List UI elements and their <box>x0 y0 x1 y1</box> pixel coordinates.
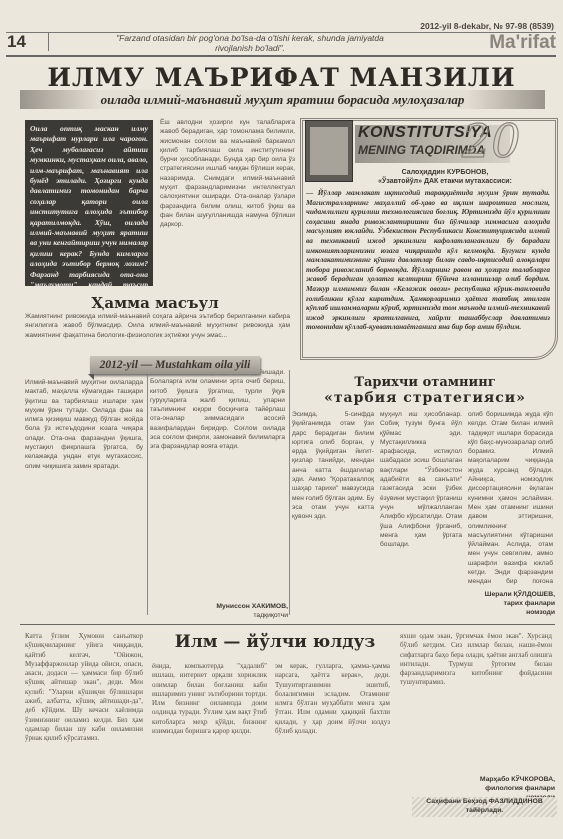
header-motto: "Farzand otasidan bir pog'ona bo'lsa-da … <box>100 33 400 53</box>
year-banner: 2012-yil — Mustahkam oila yili <box>90 356 260 374</box>
banner-fold <box>88 374 94 380</box>
tarixchi-column-3: олиб боришимда жуда кўп келди. Отам била… <box>468 410 553 585</box>
tarixchi-heading: Тарихчи отамнинг <box>290 375 560 390</box>
article-column-text-mid: ривожланиш бўлади", дейишади. Болаларга … <box>150 368 285 613</box>
column-divider <box>147 370 148 615</box>
author-role-2: номзоди <box>526 609 555 616</box>
column-divider <box>289 370 290 615</box>
tarixchi-column-1: Эсимда, 5-синфда ўқийганимда отам ўзи да… <box>292 410 374 610</box>
article-column-text-left: Илмий-маънавий муҳитни оилаларда мактаб,… <box>25 378 143 600</box>
author-name: Шерали ҚЎЛДОШЕВ, <box>485 591 555 598</box>
ilm-column-2: ёнида, компьютерда "ҳадалиб" ишлаш, инте… <box>152 662 267 832</box>
author-role: тарих фанлари <box>504 600 555 607</box>
konstitutsiya-text: — Йўллар мамлакат иқтисодий тараққиётида… <box>306 188 550 356</box>
anniversary-number: 20 <box>462 114 521 168</box>
header-divider-bottom <box>6 55 556 57</box>
editor-credit: Саҳифани Беҳзод ФАЗЛИДДИНОВ тайёрлади. <box>412 797 557 817</box>
konstitutsiya-author: Салоҳиддин КУРБОНОВ, «Ўзавтойўл» ДАК ета… <box>340 168 550 186</box>
ilm-heading: Илм — йўлчи юлдуз <box>150 632 400 652</box>
section-divider <box>20 624 555 625</box>
author-name: Муниссон ХАКИМОВ, <box>216 603 288 610</box>
section-text: Жамиятнинг ривожида илмий-маънавий соҳаг… <box>25 312 290 354</box>
page-number-divider <box>48 33 49 51</box>
main-article-subtitle: оилада илмий-маънавий муҳит яратиш борас… <box>20 92 545 108</box>
tarixchi-signature: Шерали ҚЎЛДОШЕВ, тарих фанлари номзоди <box>440 590 555 617</box>
editor-role: тайёрлади. <box>466 807 504 814</box>
article-intro: Оила оптиқ маскан илму маърифат нурлари … <box>25 120 153 286</box>
author-role: филология фанлари <box>485 785 555 792</box>
masthead-logo: Ma'rifat <box>410 32 556 54</box>
author-role: «Ўзавтойўл» ДАК етакчи мутахассиси: <box>378 178 512 185</box>
page-number: 14 <box>7 32 26 52</box>
editor-name: Саҳифани Беҳзод ФАЗЛИДДИНОВ <box>426 798 543 805</box>
author-name: Марҳабо КЎЧКОРОВА, <box>480 776 555 783</box>
main-article-title: ИЛМУ МАЪРИФАТ МАНЗИЛИ <box>0 63 563 92</box>
ilm-column-1: Катта ўғлим Ҳумоюн санъаткор кўшиқчиларн… <box>25 632 143 832</box>
tarixchi-column-2: муҳнул иш ҳисобланар. Собиқ тузум бунга … <box>380 410 462 610</box>
ilm-column-3: эм керак, гулларга, ҳамма-ҳамма нарсага,… <box>275 662 390 832</box>
issue-info: 2012-yil 8-dekabr, № 97-98 (8539) <box>340 21 554 31</box>
ilm-column-4: яхши одам экан, ўргимчак ёмон экан". Хур… <box>400 632 552 772</box>
author-role: тадқиқотчи <box>253 612 288 619</box>
author-name: Салоҳиддин КУРБОНОВ, <box>402 169 489 176</box>
tarixchi-heading-2: «тарбия стратегияси» <box>290 390 560 406</box>
section-heading: Ҳамма масъул <box>20 294 290 312</box>
author-signature: Муниссон ХАКИМОВ, тадқиқотчи <box>140 602 288 620</box>
